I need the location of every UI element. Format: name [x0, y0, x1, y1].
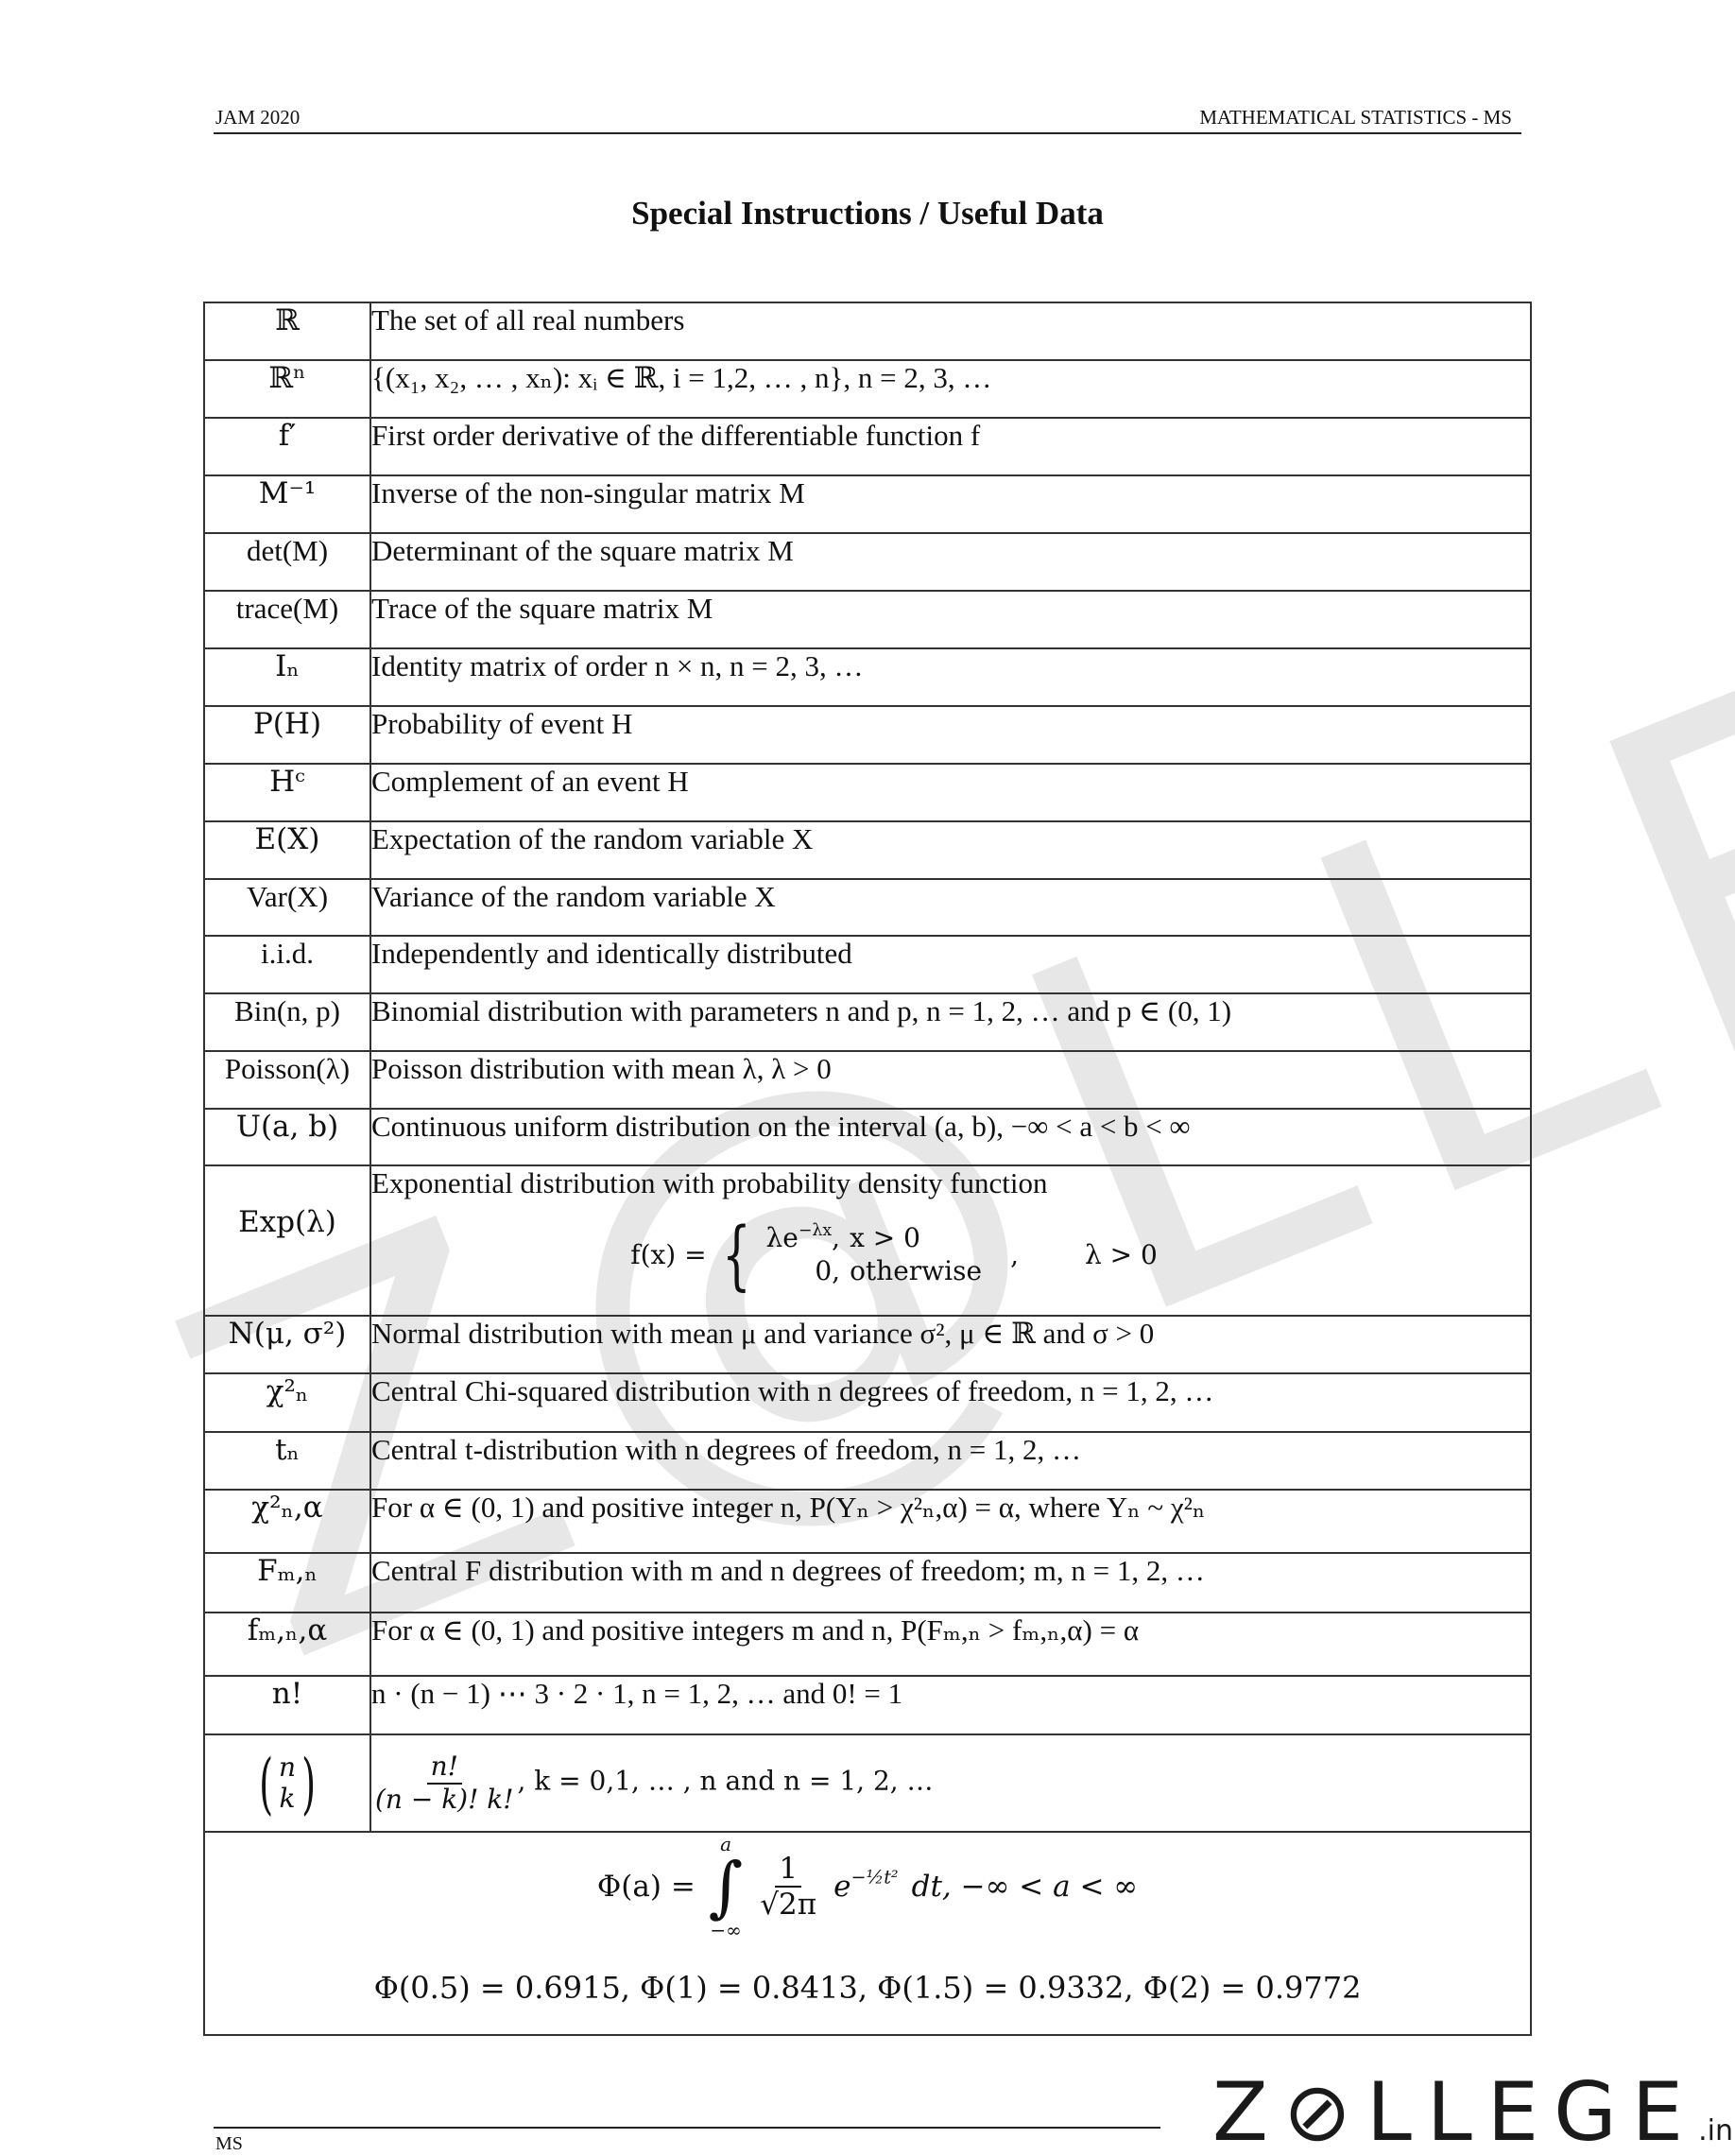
description: Expectation of the random variable X: [371, 822, 813, 855]
symbol-cell: Exp(λ): [204, 1165, 370, 1316]
description: Variance of the random variable X: [371, 880, 776, 913]
description: Identity matrix of order n × n, n = 2, 3…: [371, 649, 864, 682]
description-cell: Expectation of the random variable X: [370, 821, 1531, 879]
fraction-denominator: (n − k)! k!: [371, 1785, 517, 1815]
binomial-coefficient-symbol: (nk): [253, 1751, 322, 1817]
symbol: Exp(λ): [238, 1205, 336, 1239]
description: The set of all real numbers: [371, 303, 684, 336]
table-row: (nk)n!(n − k)! k!, k = 0,1, … , n and n …: [204, 1734, 1531, 1832]
table-row: n!n · (n − 1) ⋯ 3 · 2 · 1, n = 1, 2, … a…: [204, 1676, 1531, 1734]
table-row: tₙCentral t-distribution with n degrees …: [204, 1432, 1531, 1490]
description-cell: Poisson distribution with mean λ, λ > 0: [370, 1051, 1531, 1109]
table-row: Exp(λ)Exponential distribution with prob…: [204, 1165, 1531, 1316]
symbol-cell: M⁻¹: [204, 475, 370, 533]
table-row: trace(M)Trace of the square matrix M: [204, 591, 1531, 648]
description: Central Chi-squared distribution with n …: [371, 1374, 1213, 1407]
description: Determinant of the square matrix M: [371, 534, 794, 567]
description-cell: Central Chi-squared distribution with n …: [370, 1373, 1531, 1432]
case2-value: 0,: [765, 1256, 850, 1286]
symbol-cell: E(X): [204, 821, 370, 879]
description: For α ∈ (0, 1) and positive integers m a…: [371, 1613, 1139, 1647]
exponential-pdf: f(x) ={λe−λx,x > 00,otherwise,λ > 0: [371, 1217, 1530, 1293]
exponent-base: e: [833, 1870, 850, 1904]
symbol-cell: trace(M): [204, 591, 370, 648]
symbol: Fₘ,ₙ: [257, 1554, 318, 1588]
normal-cdf-row: Φ(a) =a∫−∞1√2πe−½t²dt, −∞ < a < ∞Φ(0.5) …: [204, 1832, 1531, 2035]
logo-main: Z⊘LLEGE: [1212, 2065, 1698, 2156]
description-cell: Variance of the random variable X: [370, 879, 1531, 936]
description-cell: n · (n − 1) ⋯ 3 · 2 · 1, n = 1, 2, … and…: [370, 1676, 1531, 1734]
description-cell: Probability of event H: [370, 706, 1531, 764]
symbol: f′: [279, 419, 297, 453]
symbol-cell: Fₘ,ₙ: [204, 1553, 370, 1613]
description-cell: Identity matrix of order n × n, n = 2, 3…: [370, 648, 1531, 706]
description-cell: Determinant of the square matrix M: [370, 533, 1531, 591]
case1-condition: x > 0: [850, 1223, 1010, 1253]
symbol: P(H): [253, 707, 321, 741]
description-cell: Exponential distribution with probabilit…: [370, 1165, 1531, 1316]
integral-icon: a∫−∞: [709, 1833, 743, 1941]
table-row: N(μ, σ²)Normal distribution with mean μ …: [204, 1316, 1531, 1373]
zollege-logo: Z⊘LLEGE.in: [1212, 2072, 1733, 2153]
symbol-cell: Hᶜ: [204, 764, 370, 821]
cdf-rhs: dt, −∞ < a < ∞: [912, 1870, 1138, 1904]
symbol: U(a, b): [236, 1110, 338, 1144]
table-row: χ²ₙ,αFor α ∈ (0, 1) and positive integer…: [204, 1490, 1531, 1553]
symbol-cell: det(M): [204, 533, 370, 591]
symbol: tₙ: [275, 1433, 300, 1467]
description-cell: Central F distribution with m and n degr…: [370, 1553, 1531, 1613]
table-row: M⁻¹Inverse of the non-singular matrix M: [204, 475, 1531, 533]
symbol-cell: Iₙ: [204, 648, 370, 706]
description: n · (n − 1) ⋯ 3 · 2 · 1, n = 1, 2, … and…: [371, 1677, 902, 1710]
table-row: f′First order derivative of the differen…: [204, 418, 1531, 475]
description: Binomial distribution with parameters n …: [371, 994, 1231, 1027]
description: {(x₁, x₂, … , xₙ): xᵢ ∈ ℝ, i = 1,2, … , …: [371, 361, 991, 394]
table-row: IₙIdentity matrix of order n × n, n = 2,…: [204, 648, 1531, 706]
cdf-lhs: Φ(a) =: [597, 1870, 696, 1904]
symbol-cell: Poisson(λ): [204, 1051, 370, 1109]
symbol-cell: U(a, b): [204, 1109, 370, 1165]
description-cell: Central t-distribution with n degrees of…: [370, 1432, 1531, 1490]
page-title: Special Instructions / Useful Data: [0, 195, 1735, 233]
symbol: trace(M): [236, 592, 338, 625]
symbol: Iₙ: [275, 649, 300, 683]
description-cell: For α ∈ (0, 1) and positive integers m a…: [370, 1613, 1531, 1676]
integrand-denominator: √2π: [756, 1888, 820, 1922]
symbol: i.i.d.: [261, 937, 314, 970]
symbol-cell: n!: [204, 1676, 370, 1734]
header-rule: [214, 132, 1521, 134]
description: Poisson distribution with mean λ, λ > 0: [371, 1052, 832, 1085]
symbol-cell: fₘ,ₙ,α: [204, 1613, 370, 1676]
header-subject-label: MATHEMATICAL STATISTICS - MS: [1199, 106, 1512, 129]
symbol: n!: [272, 1677, 302, 1711]
symbol-cell: f′: [204, 418, 370, 475]
table-row: Bin(n, p)Binomial distribution with para…: [204, 993, 1531, 1051]
exponent: −½t²: [851, 1867, 899, 1889]
table-row: Fₘ,ₙCentral F distribution with m and n …: [204, 1553, 1531, 1613]
description-cell: Normal distribution with mean μ and vari…: [370, 1316, 1531, 1373]
description: Inverse of the non-singular matrix M: [371, 476, 805, 509]
symbol-cell: i.i.d.: [204, 936, 370, 993]
table-row: fₘ,ₙ,αFor α ∈ (0, 1) and positive intege…: [204, 1613, 1531, 1676]
description-cell: Continuous uniform distribution on the i…: [370, 1109, 1531, 1165]
description: Exponential distribution with probabilit…: [371, 1166, 1530, 1200]
description-cell: Inverse of the non-singular matrix M: [370, 475, 1531, 533]
brace-icon: {: [722, 1217, 751, 1293]
table-row: E(X)Expectation of the random variable X: [204, 821, 1531, 879]
case2-condition: otherwise: [850, 1256, 1010, 1286]
symbol: M⁻¹: [259, 476, 317, 510]
description: Probability of event H: [371, 707, 632, 740]
symbol: χ²ₙ,α: [251, 1491, 322, 1525]
table-row: χ²ₙCentral Chi-squared distribution with…: [204, 1373, 1531, 1432]
description: For α ∈ (0, 1) and positive integer n, P…: [371, 1491, 1205, 1524]
symbols-table: ℝThe set of all real numbersℝⁿ{(x₁, x₂, …: [203, 302, 1532, 2036]
description-cell: n!(n − k)! k!, k = 0,1, … , n and n = 1,…: [370, 1734, 1531, 1832]
symbol: ℝⁿ: [268, 361, 305, 395]
symbol: Poisson(λ): [225, 1052, 350, 1085]
table-row: i.i.d.Independently and identically dist…: [204, 936, 1531, 993]
footer-label: MS: [215, 2133, 243, 2155]
description-cell: First order derivative of the differenti…: [370, 418, 1531, 475]
description: Central F distribution with m and n degr…: [371, 1554, 1205, 1587]
case1-exponent: −λx: [799, 1221, 832, 1240]
footer-rule: [214, 2127, 1160, 2129]
normal-cdf-values: Φ(0.5) = 0.6915, Φ(1) = 0.8413, Φ(1.5) =…: [205, 1970, 1530, 2006]
symbol: Hᶜ: [269, 765, 305, 799]
symbol: fₘ,ₙ,α: [248, 1613, 328, 1647]
lower-limit: −∞: [710, 1919, 741, 1941]
symbol: Var(X): [247, 880, 328, 913]
binomial-fraction: n!(n − k)! k!: [371, 1751, 517, 1814]
description: , k = 0,1, … , n and n = 1, 2, …: [517, 1766, 933, 1797]
description-cell: Complement of an event H: [370, 764, 1531, 821]
description-cell: For α ∈ (0, 1) and positive integer n, P…: [370, 1490, 1531, 1553]
description: Complement of an event H: [371, 765, 689, 798]
table-row: ℝThe set of all real numbers: [204, 302, 1531, 360]
symbol: Bin(n, p): [234, 994, 340, 1027]
description: Independently and identically distribute…: [371, 937, 852, 970]
logo-tld: .in: [1698, 2114, 1733, 2147]
description-cell: Independently and identically distribute…: [370, 936, 1531, 993]
table-row: HᶜComplement of an event H: [204, 764, 1531, 821]
table-row: ℝⁿ{(x₁, x₂, … , xₙ): xᵢ ∈ ℝ, i = 1,2, … …: [204, 360, 1531, 418]
symbol: ℝ: [275, 303, 300, 337]
integrand-numerator: 1: [775, 1852, 801, 1888]
fraction-numerator: n!: [427, 1751, 462, 1784]
symbol-cell: (nk): [204, 1734, 370, 1832]
symbol-cell: Bin(n, p): [204, 993, 370, 1051]
table-row: U(a, b)Continuous uniform distribution o…: [204, 1109, 1531, 1165]
description-cell: The set of all real numbers: [370, 302, 1531, 360]
symbol-cell: P(H): [204, 706, 370, 764]
description: Normal distribution with mean μ and vari…: [371, 1317, 1154, 1350]
symbol: det(M): [247, 534, 328, 567]
description: Continuous uniform distribution on the i…: [371, 1110, 1191, 1143]
description: Trace of the square matrix M: [371, 592, 713, 625]
symbol: N(μ, σ²): [229, 1317, 347, 1351]
symbol-cell: χ²ₙ: [204, 1373, 370, 1432]
symbol-cell: χ²ₙ,α: [204, 1490, 370, 1553]
description-cell: Binomial distribution with parameters n …: [370, 993, 1531, 1051]
symbol-cell: N(μ, σ²): [204, 1316, 370, 1373]
symbol-cell: ℝ: [204, 302, 370, 360]
description-cell: Trace of the square matrix M: [370, 591, 1531, 648]
description: First order derivative of the differenti…: [371, 419, 980, 452]
symbol: E(X): [255, 822, 320, 856]
header-exam-label: JAM 2020: [215, 106, 300, 129]
normal-cdf-formula: Φ(a) =a∫−∞1√2πe−½t²dt, −∞ < a < ∞: [205, 1833, 1530, 1941]
table-row: Poisson(λ)Poisson distribution with mean…: [204, 1051, 1531, 1109]
case1-value: λe: [765, 1222, 798, 1253]
integrand-fraction: 1√2π: [756, 1852, 820, 1922]
description: Central t-distribution with n degrees of…: [371, 1433, 1081, 1466]
pdf-lhs: f(x) =: [630, 1240, 706, 1270]
description-cell: {(x₁, x₂, … , xₙ): xᵢ ∈ ℝ, i = 1,2, … , …: [370, 360, 1531, 418]
table-row: Var(X)Variance of the random variable X: [204, 879, 1531, 936]
symbol-cell: Var(X): [204, 879, 370, 936]
pdf-parameter: λ > 0: [1085, 1240, 1158, 1270]
table-row: det(M)Determinant of the square matrix M: [204, 533, 1531, 591]
symbol: χ²ₙ: [266, 1374, 309, 1408]
table-row: P(H)Probability of event H: [204, 706, 1531, 764]
normal-cdf-cell: Φ(a) =a∫−∞1√2πe−½t²dt, −∞ < a < ∞Φ(0.5) …: [204, 1832, 1531, 2035]
symbol-cell: tₙ: [204, 1432, 370, 1490]
symbol-cell: ℝⁿ: [204, 360, 370, 418]
